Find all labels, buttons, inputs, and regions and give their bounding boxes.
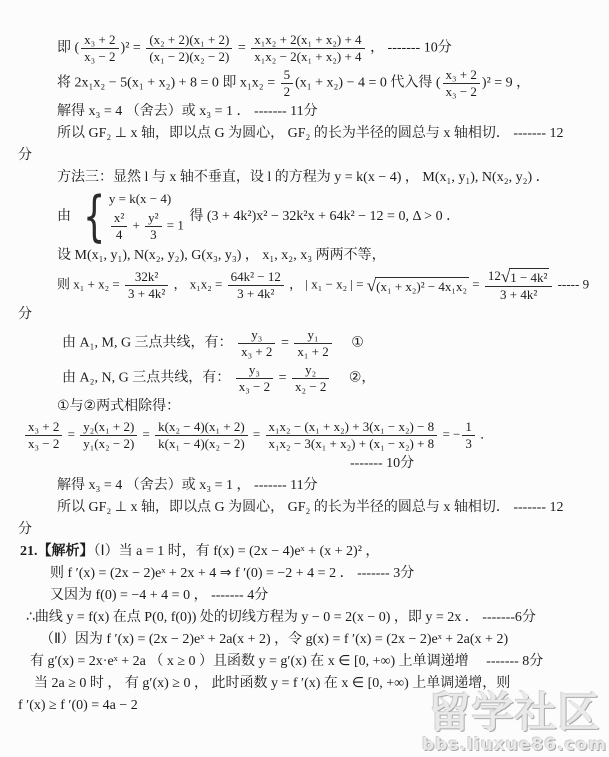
fraction: 32k²3 + 4k² xyxy=(125,269,168,302)
equation-system: {y = k(x − 4)x²4 + y²3 = 1 xyxy=(77,190,184,244)
fraction: y²3 xyxy=(145,210,161,243)
watermark-logo-text: 留学社区 xyxy=(422,690,607,736)
text-line: 所以 GF₂ ⊥ x 轴，即以点 G 为圆心， GF₂ 的长为半径的圆总与 x … xyxy=(0,124,609,144)
fraction: y₂(x₁ + 2)y₁(x₂ − 2) xyxy=(80,419,137,452)
document-lines: 即 (x₃ + 2x₃ − 2)² = (x₂ + 2)(x₁ + 2)(x₁ … xyxy=(0,32,609,716)
brace: { xyxy=(83,190,105,244)
watermark: 留学社区 bbs.liuxue86.com xyxy=(422,690,607,755)
text-line: 即 (x₃ + 2x₃ − 2)² = (x₂ + 2)(x₁ + 2)(x₁ … xyxy=(0,32,609,65)
bold-text: 21.【解析】 xyxy=(20,544,94,559)
text-line: 解得 x₃ = 4 （舍去）或 x₃ = 1 ． ------- 11分 xyxy=(0,102,609,122)
text-line: 将 2x₁x₂ − 5(x₁ + x₂) + 8 = 0 即 x₁x₂ = 52… xyxy=(0,67,609,100)
fraction: y₂x₂ − 2 xyxy=(292,362,329,395)
fraction: k(x₂ − 4)(x₁ + 2)k(x₁ − 4)(x₂ − 2) xyxy=(155,419,248,452)
fraction: x₃ + 2x₃ − 2 xyxy=(25,419,62,452)
document-page: 即 (x₃ + 2x₃ − 2)² = (x₂ + 2)(x₁ + 2)(x₁ … xyxy=(0,0,609,757)
text-line: 由 A₂, N, G 三点共线，有： y₃x₃ − 2 = y₂x₂ − 2 ②… xyxy=(0,362,609,395)
text-line: 解得 x₃ = 4 （舍去）或 x₃ = 1 ， ------- 11分 xyxy=(0,476,609,496)
fraction: y₃x₃ − 2 xyxy=(236,362,273,395)
square-root: √(x₁ + x₂)² − 4x₁x₂ xyxy=(367,277,469,295)
text-line: 分 xyxy=(0,305,609,325)
text-line: x₃ + 2x₃ − 2 = y₂(x₁ + 2)y₁(x₂ − 2) = k(… xyxy=(0,419,609,452)
watermark-url: bbs.liuxue86.com xyxy=(422,736,607,755)
text-line: 则 x₁ + x₂ = 32k²3 + 4k² ， x₁x₂ = 64k² − … xyxy=(0,268,609,303)
fraction: 12√1 − 4k²3 + 4k² xyxy=(485,268,553,303)
text-line: （Ⅱ）因为 f ′(x) = (2x − 2)eˣ + 2a(x + 2) ，令… xyxy=(0,630,609,650)
text-line: 由 {y = k(x − 4)x²4 + y²3 = 1 得 (3 + 4k²)… xyxy=(0,190,609,244)
text-line: ∴曲线 y = f(x) 在点 P(0, f(0)) 处的切线方程为 y − 0… xyxy=(0,608,609,628)
fraction: x₁x₂ − (x₁ + x₂) + 3(x₁ − x₂) − 8x₁x₂ − … xyxy=(266,419,438,452)
fraction: x₃ + 2x₃ − 2 xyxy=(81,32,118,65)
text-line: ①与②两式相除得： xyxy=(0,397,609,417)
fraction: y₃x₃ + 2 xyxy=(238,327,275,360)
text-line: 分 xyxy=(0,520,609,540)
text-line: 21.【解析】（Ⅰ）当 a = 1 时，有 f(x) = (2x − 4)eˣ … xyxy=(0,542,609,562)
square-root: √1 − 4k² xyxy=(501,268,550,286)
fraction: x₁x₂ + 2(x₁ + x₂) + 4x₁x₂ − 2(x₁ + x₂) +… xyxy=(251,32,364,65)
text-line: 由 A₁, M, G 三点共线，有： y₃x₃ + 2 = y₁x₁ + 2 ① xyxy=(0,327,609,360)
text-line: 有 g′(x) = 2x·eˣ + 2a （ x ≥ 0 ）且函数 y = g′… xyxy=(0,652,609,672)
text-line: 则 f ′(x) = (2x − 2)eˣ + 2x + 4 ⇒ f ′(0) … xyxy=(0,564,609,584)
fraction: 52 xyxy=(281,67,294,100)
text-line: 设 M(x₁, y₁), N(x₂, y₂), G(x₃, y₃) ， x₁, … xyxy=(0,246,609,266)
text-line: 分 xyxy=(0,146,609,166)
text-line: 又因为 f(0) = −4 + 4 = 0 ， ------- 4分 xyxy=(0,586,609,606)
fraction: x₃ + 2x₃ − 2 xyxy=(443,67,480,100)
fraction: x²4 xyxy=(111,210,127,243)
text-line: ------- 10分 xyxy=(0,454,609,474)
text-line: 所以 GF₂ ⊥ x 轴，即以点 G 为圆心， GF₂ 的长为半径的圆总与 x … xyxy=(0,498,609,518)
fraction: (x₂ + 2)(x₁ + 2)(x₁ − 2)(x₂ − 2) xyxy=(146,32,232,65)
fraction: 64k² − 123 + 4k² xyxy=(228,269,284,302)
fraction: 13 xyxy=(462,419,475,452)
fraction: y₁x₁ + 2 xyxy=(294,327,331,360)
